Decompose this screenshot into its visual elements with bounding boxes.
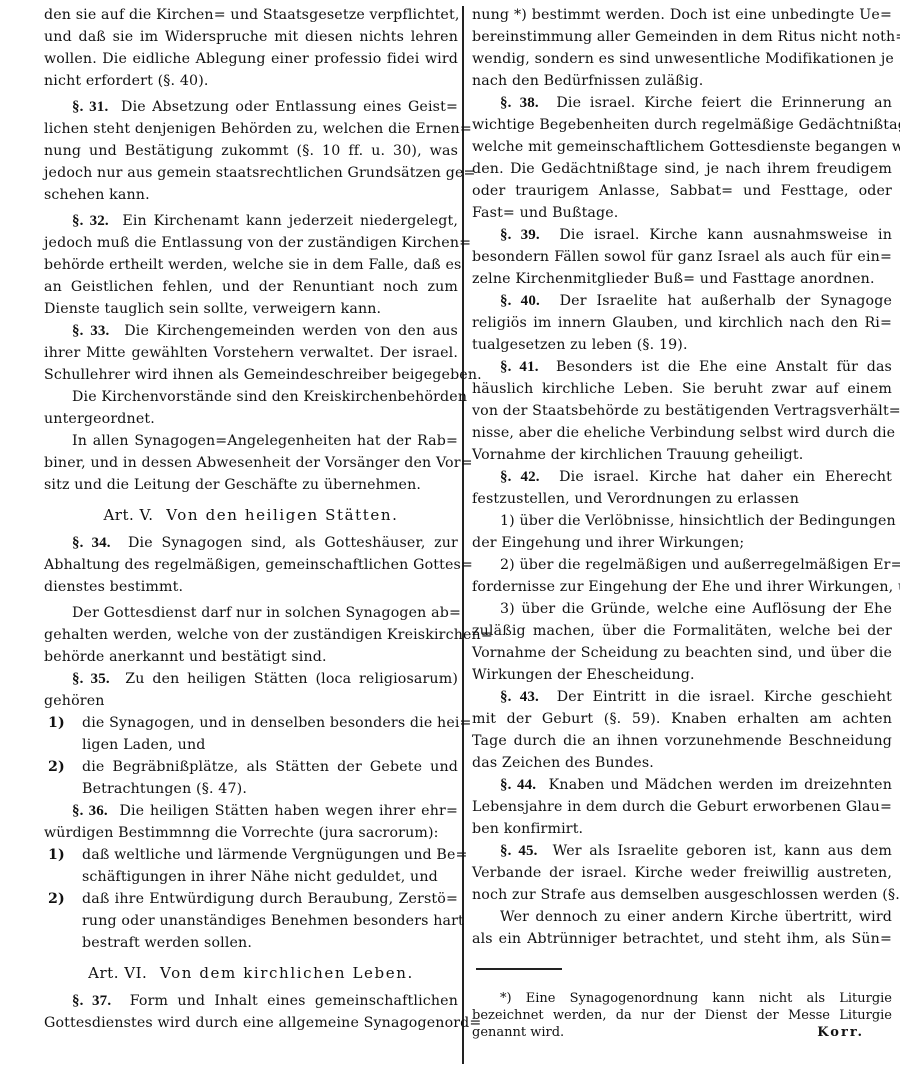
text-line: Schullehrer wird ihnen als Gemeindeschre… — [44, 364, 458, 386]
section-42: §. 42. Die israel. Kirche hat daher ein … — [472, 466, 892, 686]
text-line: Die Synagogen sind, als Gotteshäuser, zu… — [128, 535, 458, 551]
section-number: §. 32. — [72, 213, 109, 229]
text-line: Die israel. Kirche hat daher ein Eherech… — [559, 469, 892, 485]
text-line: Dienste tauglich sein sollte, verweigern… — [44, 298, 458, 320]
section-number: §. 45. — [500, 843, 538, 859]
text-line: Ein Kirchenamt kann jederzeit niedergele… — [122, 213, 458, 229]
scanned-page: den sie auf die Kirchen= und Staatsgeset… — [0, 0, 900, 1074]
list-item: 1)die Synagogen, und in denselben besond… — [44, 712, 458, 734]
article-heading: Art. V. Von den heiligen Stätten. — [44, 504, 458, 526]
section-35: §. 35. Zu den heiligen Stätten (loca rel… — [44, 668, 458, 800]
section-34: §. 34. Die Synagogen sind, als Gotteshäu… — [44, 532, 458, 668]
section-32: §. 32. Ein Kirchenamt kann jederzeit nie… — [44, 210, 458, 320]
section-40: §. 40. Der Israelite hat außerhalb der S… — [472, 290, 892, 356]
text-line: Der Israelite hat außerhalb der Synagoge — [560, 293, 892, 309]
text-line: Die israel. Kirche kann ausnahmsweise in — [559, 227, 892, 243]
text-line: In allen Synagogen=Angelegenheiten hat d… — [44, 430, 458, 452]
text-line: an Geistlichen fehlen, und der Renuntian… — [44, 276, 458, 298]
section-number: §. 31. — [72, 99, 108, 115]
text-line: der Eingehung und ihrer Wirkungen; — [472, 532, 892, 554]
text-line: untergeordnet. — [44, 408, 458, 430]
footnote-signature: Korr. — [817, 1024, 864, 1041]
text-line: ben konfirmirt. — [472, 818, 892, 840]
text-line: mit der Geburt (§. 59). Knaben erhalten … — [472, 708, 892, 730]
text-line: Form und Inhalt eines gemeinschaftlichen — [130, 993, 458, 1009]
text-line: sitz und die Leitung der Geschäfte zu üb… — [44, 474, 458, 496]
left-column: den sie auf die Kirchen= und Staatsgeset… — [44, 4, 458, 1034]
right-column: nung *) bestimmt werden. Doch ist eine u… — [472, 4, 892, 1041]
text-line: welche mit gemeinschaftlichem Gottesdien… — [472, 136, 892, 158]
text-line: zelne Kirchenmitglieder Buß= und Fasttag… — [472, 268, 892, 290]
text-line: Die israel. Kirche feiert die Erinnerung… — [556, 95, 892, 111]
text-line: und daß sie im Widerspruche mit diesen n… — [44, 26, 458, 48]
text-line: wollen. Die eidliche Ablegung einer prof… — [44, 48, 458, 70]
text-line: Die Kirchenvorstände sind den Kreiskirch… — [44, 386, 458, 408]
section-33: §. 33. Die Kirchengemeinden werden von d… — [44, 320, 458, 496]
footnote-line: *) Eine Synagogenordnung kann nicht als … — [472, 990, 892, 1007]
article-title: Von den heiligen Stätten. — [166, 506, 398, 524]
text-line: Betrachtungen (§. 47). — [44, 778, 458, 800]
text-line: zuläßig machen, über die Formalitäten, w… — [472, 620, 892, 642]
section-number: §. 33. — [72, 323, 109, 339]
footnote-line: bezeichnet werden, da nur der Dienst der… — [472, 1007, 892, 1024]
text-line: biner, und in dessen Abwesenheit der Vor… — [44, 452, 458, 474]
item-number: 2) — [44, 756, 82, 778]
section-number: §. 36. — [72, 803, 108, 819]
text-line: behörde ertheilt werden, welche sie in d… — [44, 254, 458, 276]
text-line: würdigen Bestimmnng die Vorrechte (jura … — [44, 822, 458, 844]
text-line: Die Absetzung oder Entlassung eines Geis… — [121, 99, 458, 115]
text-line: Lebensjahre in dem durch die Geburt erwo… — [472, 796, 892, 818]
section-number: §. 35. — [72, 671, 110, 687]
section-number: §. 42. — [500, 469, 540, 485]
text-line: von der Staatsbehörde zu bestätigenden V… — [472, 400, 892, 422]
text-line: wichtige Begebenheiten durch regelmäßige… — [472, 114, 892, 136]
list-item: 1) über die Verlöbnisse, hinsichtlich de… — [472, 510, 892, 532]
text-line: das Zeichen des Bundes. — [472, 752, 892, 774]
text-line: Besonders ist die Ehe eine Anstalt für d… — [556, 359, 892, 375]
text-line: Knaben und Mädchen werden im dreizehnten — [549, 777, 892, 793]
text-line: wendig, sondern es sind unwesentliche Mo… — [472, 48, 892, 70]
text-line: schehen kann. — [44, 184, 458, 206]
list-item: 2)die Begräbnißplätze, als Stätten der G… — [44, 756, 458, 778]
section-number: §. 37. — [72, 993, 111, 1009]
section-number: §. 39. — [500, 227, 540, 243]
section-41: §. 41. Besonders ist die Ehe eine Anstal… — [472, 356, 892, 466]
text-line: ligen Laden, und — [44, 734, 458, 756]
section-44: §. 44. Knaben und Mädchen werden im drei… — [472, 774, 892, 840]
item-number: 2) — [44, 888, 82, 910]
section-39: §. 39. Die israel. Kirche kann ausnahmsw… — [472, 224, 892, 290]
text-line: noch zur Strafe aus demselben ausgeschlo… — [472, 884, 892, 906]
footnote-rule — [476, 968, 562, 970]
section-number: §. 41. — [500, 359, 539, 375]
text-line: tualgesetzen zu leben (§. 19). — [472, 334, 892, 356]
text-line: nach den Bedürfnissen zuläßig. — [472, 70, 892, 92]
section-number: §. 40. — [500, 293, 540, 309]
text-line: bestraft werden sollen. — [44, 932, 458, 954]
text-line: Der Eintritt in die israel. Kirche gesch… — [557, 689, 892, 705]
section-45: §. 45. Wer als Israelite geboren ist, ka… — [472, 840, 892, 950]
section-36: §. 36. Die heiligen Stätten haben wegen … — [44, 800, 458, 954]
article-number: Art. VI. — [88, 964, 147, 982]
text-line: Fast= und Bußtage. — [472, 202, 892, 224]
text-line: Zu den heiligen Stätten (loca religiosar… — [125, 671, 458, 687]
text-line: nisse, aber die eheliche Verbindung selb… — [472, 422, 892, 444]
list-item: 2) über die regelmäßigen und außerregelm… — [472, 554, 892, 576]
text-line: häuslich kirchliche Leben. Sie beruht zw… — [472, 378, 892, 400]
text-line: den sie auf die Kirchen= und Staatsgeset… — [44, 4, 458, 26]
text-line: Verbande der israel. Kirche weder freiwi… — [472, 862, 892, 884]
text-line: festzustellen, und Verordnungen zu erlas… — [472, 488, 892, 510]
section-31: §. 31. Die Absetzung oder Entlassung ein… — [44, 96, 458, 206]
text-line: bereinstimmung aller Gemeinden in dem Ri… — [472, 26, 892, 48]
text-line: schäftigungen in ihrer Nähe nicht geduld… — [44, 866, 458, 888]
section-number: §. 34. — [72, 535, 111, 551]
article-number: Art. V. — [103, 506, 153, 524]
text-line: nung und Bestätigung zukommt (§. 10 ff. … — [44, 140, 458, 162]
text-line: religiös im innern Glauben, und kirchlic… — [472, 312, 892, 334]
text-line: Wirkungen der Ehescheidung. — [472, 664, 892, 686]
text-line: Wer als Israelite geboren ist, kann aus … — [553, 843, 892, 859]
text-line: als ein Abtrünniger betrachtet, und steh… — [472, 928, 892, 950]
item-number: 1) — [44, 712, 82, 734]
footnote: *) Eine Synagogenordnung kann nicht als … — [472, 990, 892, 1041]
text-line: fordernisse zur Eingehung der Ehe und ih… — [472, 576, 892, 598]
section-38: §. 38. Die israel. Kirche feiert die Eri… — [472, 92, 892, 224]
item-number: 1) — [44, 844, 82, 866]
section-43: §. 43. Der Eintritt in die israel. Kirch… — [472, 686, 892, 774]
text-line: gehören — [44, 690, 458, 712]
text-line: rung oder unanständiges Benehmen besonde… — [44, 910, 458, 932]
text-line: Gottesdienstes wird durch eine allgemein… — [44, 1012, 458, 1034]
text-line: Die heiligen Stätten haben wegen ihrer e… — [119, 803, 458, 819]
section-number: §. 38. — [500, 95, 539, 111]
section-number: §. 44. — [500, 777, 536, 793]
list-item: 1)daß weltliche und lärmende Vergnügunge… — [44, 844, 458, 866]
section-37: §. 37. Form und Inhalt eines gemeinschaf… — [44, 990, 458, 1034]
text-line: Abhaltung des regelmäßigen, gemeinschaft… — [44, 554, 458, 576]
text-line: dienstes bestimmt. — [44, 576, 458, 598]
text-line: gehalten werden, welche von der zuständi… — [44, 624, 458, 646]
list-item: 2)daß ihre Entwürdigung durch Beraubung,… — [44, 888, 458, 910]
text-line: Die Kirchengemeinden werden von den aus — [124, 323, 458, 339]
article-heading: Art. VI. Von dem kirchlichen Leben. — [44, 962, 458, 984]
text-line: Tage durch die an ihnen vorzunehmende Be… — [472, 730, 892, 752]
text-line: behörde anerkannt und bestätigt sind. — [44, 646, 458, 668]
text-line: besondern Fällen sowol für ganz Israel a… — [472, 246, 892, 268]
text-line: nung *) bestimmt werden. Doch ist eine u… — [472, 4, 892, 26]
text-line: oder traurigem Anlasse, Sabbat= und Fest… — [472, 180, 892, 202]
text-line: Vornahme der kirchlichen Trauung geheili… — [472, 444, 892, 466]
text-line: jedoch nur aus gemein staatsrechtlichen … — [44, 162, 458, 184]
footnote-line: genannt wird. — [472, 1025, 564, 1040]
text-line: lichen steht denjenigen Behörden zu, wel… — [44, 118, 458, 140]
text-line: Wer dennoch zu einer andern Kirche übert… — [472, 906, 892, 928]
text-line: ihrer Mitte gewählten Vorstehern verwalt… — [44, 342, 458, 364]
text-line: den. Die Gedächtnißtage sind, je nach ih… — [472, 158, 892, 180]
text-line: nicht erfordert (§. 40). — [44, 70, 458, 92]
text-line: Vornahme der Scheidung zu beachten sind,… — [472, 642, 892, 664]
article-title: Von dem kirchlichen Leben. — [160, 964, 414, 982]
list-item: 3) über die Gründe, welche eine Auflösun… — [472, 598, 892, 620]
text-line: jedoch muß die Entlassung von der zustän… — [44, 232, 458, 254]
text-line: Der Gottesdienst darf nur in solchen Syn… — [44, 602, 458, 624]
section-number: §. 43. — [500, 689, 539, 705]
